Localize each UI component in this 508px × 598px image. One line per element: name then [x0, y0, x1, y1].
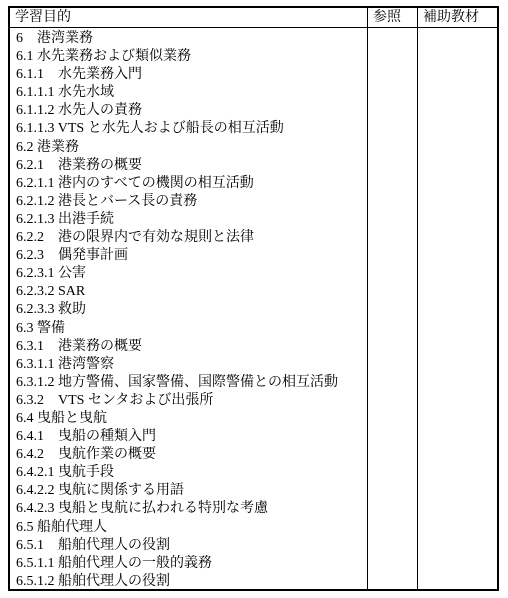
objective-line: 6.3.1.2 地方警備、国家警備、国際警備との相互活動: [16, 374, 367, 392]
objective-line: 6.2 港業務: [16, 139, 367, 157]
objective-line: 6.1 水先業務および類似業務: [16, 48, 367, 66]
objective-line: 6.2.3.3 救助: [16, 301, 367, 319]
objectives-list: 6 港湾業務6.1 水先業務および類似業務6.1.1 水先業務入門6.1.1.1…: [10, 28, 367, 589]
objective-line: 6.5 船舶代理人: [16, 519, 367, 537]
objective-line: 6.1.1.3 VTS と水先人および船長の相互活動: [16, 120, 367, 138]
reference-cell: [367, 28, 417, 589]
objective-line: 6.2.1.3 出港手続: [16, 211, 367, 229]
objective-line: 6.5.1 船舶代理人の役割: [16, 537, 367, 555]
objective-line: 6.4.2.1 曳航手段: [16, 464, 367, 482]
objective-line: 6.5.1.1 船舶代理人の一般的義務: [16, 555, 367, 573]
column-header-materials: 補助教材: [417, 8, 497, 28]
objective-line: 6 港湾業務: [16, 30, 367, 48]
objective-line: 6.4.1 曳船の種類入門: [16, 428, 367, 446]
objective-line: 6.5.1.2 船舶代理人の役割: [16, 573, 367, 589]
objective-line: 6.3.2 VTS センタおよび出張所: [16, 392, 367, 410]
objective-line: 6.2.2 港の限界内で有効な規則と法律: [16, 229, 367, 247]
objective-line: 6.1.1.2 水先人の責務: [16, 102, 367, 120]
column-header-learning-objectives: 学習目的: [10, 8, 367, 28]
objective-line: 6.4.2.3 曳船と曳航に払われる特別な考慮: [16, 500, 367, 518]
objective-line: 6.2.3 偶発事計画: [16, 247, 367, 265]
objective-line: 6.2.3.1 公害: [16, 265, 367, 283]
objective-line: 6.2.1 港業務の概要: [16, 157, 367, 175]
objective-line: 6.3.1 港業務の概要: [16, 338, 367, 356]
materials-cell: [417, 28, 497, 589]
objective-line: 6.4.2 曳航作業の概要: [16, 446, 367, 464]
objective-line: 6.2.3.2 SAR: [16, 283, 367, 301]
curriculum-table: 学習目的 参照 補助教材 6 港湾業務6.1 水先業務および類似業務6.1.1 …: [8, 6, 499, 591]
objective-line: 6.2.1.1 港内のすべての機関の相互活動: [16, 175, 367, 193]
objective-line: 6.3 警備: [16, 320, 367, 338]
column-header-reference: 参照: [367, 8, 417, 28]
objective-line: 6.1.1.1 水先水域: [16, 84, 367, 102]
objective-line: 6.2.1.2 港長とバース長の責務: [16, 193, 367, 211]
objective-line: 6.4.2.2 曳航に関係する用語: [16, 482, 367, 500]
objective-line: 6.3.1.1 港湾警察: [16, 356, 367, 374]
objective-line: 6.4 曳船と曳航: [16, 410, 367, 428]
objective-line: 6.1.1 水先業務入門: [16, 66, 367, 84]
